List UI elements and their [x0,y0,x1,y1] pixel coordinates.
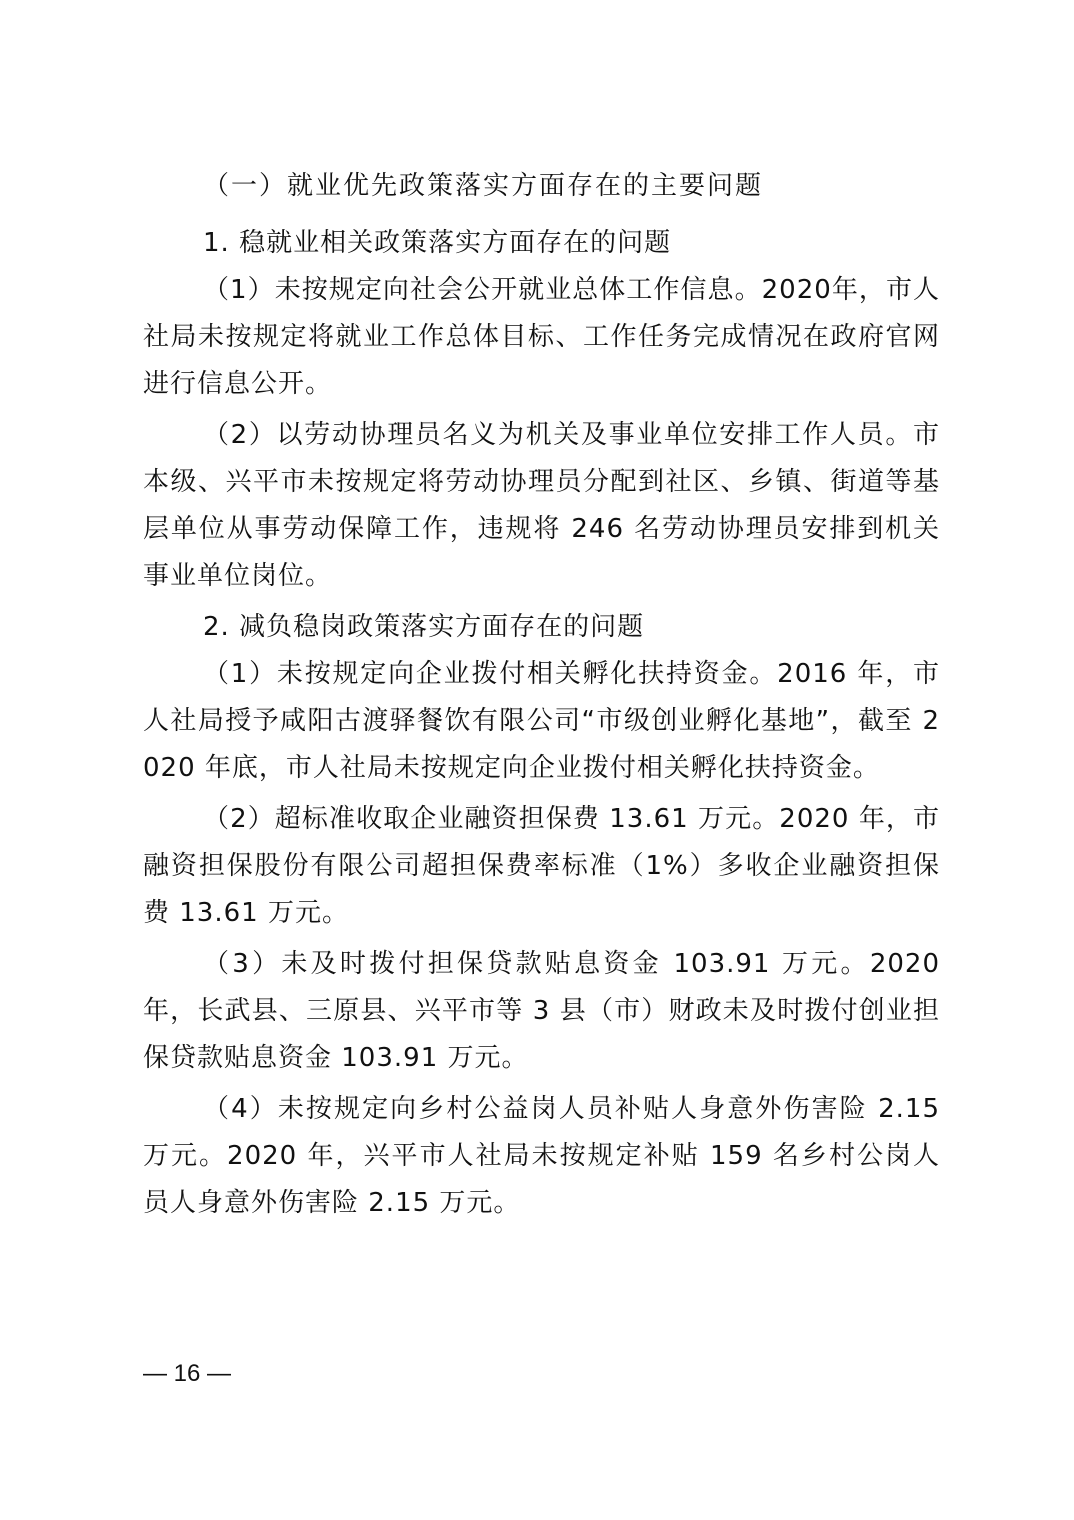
subsection-title-1: 1. 稳就业相关政策落实方面存在的问题 [143,220,940,267]
paragraph-1-1: （1）未按规定向社会公开就业总体工作信息。2020年，市人社局未按规定将就业工作… [143,267,940,408]
subsection-title-2: 2. 减负稳岗政策落实方面存在的问题 [143,604,940,651]
paragraph-2-4: （4）未按规定向乡村公益岗人员补贴人身意外伤害险 2.15 万元。2020 年，… [143,1086,940,1227]
document-page: （一）就业优先政策落实方面存在的主要问题 1. 稳就业相关政策落实方面存在的问题… [0,0,1074,1520]
paragraph-2-2: （2）超标准收取企业融资担保费 13.61 万元。2020 年，市融资担保股份有… [143,796,940,937]
paragraph-2-3: （3）未及时拨付担保贷款贴息资金 103.91 万元。2020 年，长武县、三原… [143,941,940,1082]
document-body: （一）就业优先政策落实方面存在的主要问题 1. 稳就业相关政策落实方面存在的问题… [143,163,940,1227]
paragraph-1-2: （2）以劳动协理员名义为机关及事业单位安排工作人员。市本级、兴平市未按规定将劳动… [143,412,940,600]
page-number: — 16 — [143,1360,231,1388]
paragraph-2-1: （1）未按规定向企业拨付相关孵化扶持资金。2016 年，市人社局授予咸阳古渡驿餐… [143,651,940,792]
section-heading: （一）就业优先政策落实方面存在的主要问题 [143,163,940,210]
